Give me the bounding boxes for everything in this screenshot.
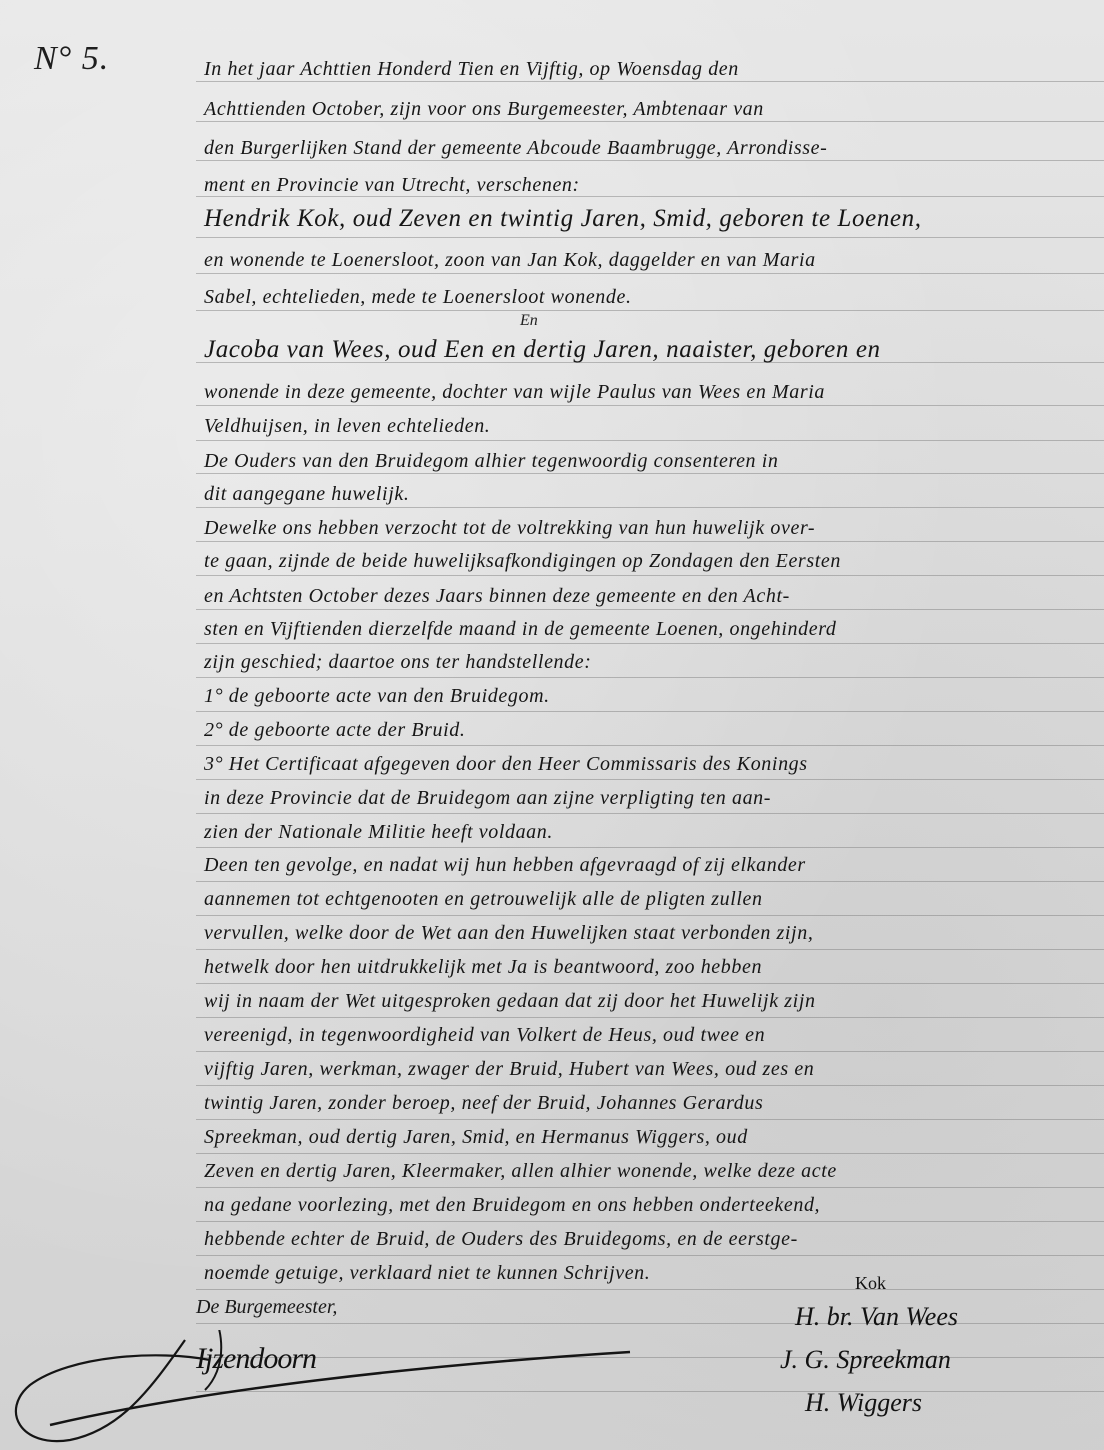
document-page: N° 5. In het jaar Achttien Honderd Tien … xyxy=(0,0,1104,1450)
ruled-line xyxy=(196,949,1104,950)
ruled-line xyxy=(196,881,1104,882)
record-line: 2° de geboorte acte der Bruid. xyxy=(204,719,1099,742)
record-line: ment en Provincie van Utrecht, verschene… xyxy=(204,174,1099,197)
record-line: te gaan, zijnde de beide huwelijksafkond… xyxy=(204,550,1099,573)
ruled-line xyxy=(196,915,1104,916)
ruled-line xyxy=(196,983,1104,984)
record-line: Achttienden October, zijn voor ons Burge… xyxy=(204,98,1099,121)
ruled-line xyxy=(196,1221,1104,1222)
ruled-line xyxy=(196,609,1104,610)
record-line: dit aangegane huwelijk. xyxy=(204,483,1099,506)
record-line: zijn geschied; daartoe ons ter handstell… xyxy=(204,651,1099,674)
ruled-line xyxy=(196,1119,1104,1120)
record-line: De Ouders van den Bruidegom alhier tegen… xyxy=(204,450,1099,473)
ruled-line xyxy=(196,473,1104,474)
ruled-line xyxy=(196,1017,1104,1018)
entry-number: N° 5. xyxy=(34,40,109,78)
record-line: 3° Het Certificaat afgegeven door den He… xyxy=(204,753,1099,776)
record-line: wij in naam der Wet uitgesproken gedaan … xyxy=(204,990,1099,1013)
ruled-line xyxy=(196,310,1104,311)
record-line: vervullen, welke door de Wet aan den Huw… xyxy=(204,922,1099,945)
ruled-line xyxy=(196,1289,1104,1290)
record-line: noemde getuige, verklaard niet te kunnen… xyxy=(204,1262,1099,1285)
ruled-line xyxy=(196,575,1104,576)
record-line: twintig Jaren, zonder beroep, neef der B… xyxy=(204,1092,1099,1115)
record-line: na gedane voorlezing, met den Bruidegom … xyxy=(204,1194,1099,1217)
record-line: In het jaar Achttien Honderd Tien en Vij… xyxy=(204,58,1099,81)
record-line: aannemen tot echtgenooten en getrouwelij… xyxy=(204,888,1099,911)
groom-signature: Kok xyxy=(855,1273,886,1294)
witness-signature: H. Wiggers xyxy=(805,1388,922,1418)
ruled-line xyxy=(196,273,1104,274)
record-line: in deze Provincie dat de Bruidegom aan z… xyxy=(204,787,1099,810)
ruled-line xyxy=(196,847,1104,848)
ruled-line xyxy=(196,405,1104,406)
record-line: en Achtsten October dezes Jaars binnen d… xyxy=(204,585,1099,608)
signature-flourish-icon xyxy=(0,1330,640,1450)
ruled-line xyxy=(196,779,1104,780)
record-line: Spreekman, oud dertig Jaren, Smid, en He… xyxy=(204,1126,1099,1149)
ruled-line xyxy=(196,1153,1104,1154)
record-line: vijftig Jaren, werkman, zwager der Bruid… xyxy=(204,1058,1099,1081)
mayor-title: De Burgemeester, xyxy=(196,1296,337,1319)
record-line: 1° de geboorte acte van den Bruidegom. xyxy=(204,685,1099,708)
record-line: Deen ten gevolge, en nadat wij hun hebbe… xyxy=(204,854,1099,877)
record-line: Sabel, echtelieden, mede te Loenersloot … xyxy=(204,286,1099,309)
ruled-line xyxy=(196,1255,1104,1256)
record-line: wonende in deze gemeente, dochter van wi… xyxy=(204,381,1099,404)
ruled-line xyxy=(196,160,1104,161)
record-line: Veldhuijsen, in leven echtelieden. xyxy=(204,415,1099,438)
record-line: hebbende echter de Bruid, de Ouders des … xyxy=(204,1228,1099,1251)
groom-line: Hendrik Kok, oud Zeven en twintig Jaren,… xyxy=(204,205,1099,233)
ruled-line xyxy=(196,1051,1104,1052)
witness-signature: H. br. Van Wees xyxy=(795,1302,958,1332)
record-line: sten en Vijftienden dierzelfde maand in … xyxy=(204,618,1099,641)
witness-signature: J. G. Spreekman xyxy=(780,1345,951,1375)
record-line: den Burgerlijken Stand der gemeente Abco… xyxy=(204,137,1099,160)
connector-word: En xyxy=(520,312,538,330)
record-line: Zeven en dertig Jaren, Kleermaker, allen… xyxy=(204,1160,1099,1183)
ruled-line xyxy=(196,81,1104,82)
ruled-line xyxy=(196,643,1104,644)
ruled-line xyxy=(196,1323,1104,1324)
ruled-line xyxy=(196,745,1104,746)
ruled-line xyxy=(196,507,1104,508)
record-line: hetwelk door hen uitdrukkelijk met Ja is… xyxy=(204,956,1099,979)
record-line: zien der Nationale Militie heeft voldaan… xyxy=(204,821,1099,844)
ruled-line xyxy=(196,121,1104,122)
ruled-line xyxy=(196,1085,1104,1086)
ruled-line xyxy=(196,711,1104,712)
record-line: vereenigd, in tegenwoordigheid van Volke… xyxy=(204,1024,1099,1047)
ruled-line xyxy=(196,677,1104,678)
ruled-line xyxy=(196,1187,1104,1188)
ruled-line xyxy=(196,813,1104,814)
bride-line: Jacoba van Wees, oud Een en dertig Jaren… xyxy=(204,336,1099,364)
record-line: Dewelke ons hebben verzocht tot de voltr… xyxy=(204,517,1099,540)
ruled-line xyxy=(196,440,1104,441)
ruled-line xyxy=(196,237,1104,238)
record-line: en wonende te Loenersloot, zoon van Jan … xyxy=(204,249,1099,272)
ruled-line xyxy=(196,541,1104,542)
